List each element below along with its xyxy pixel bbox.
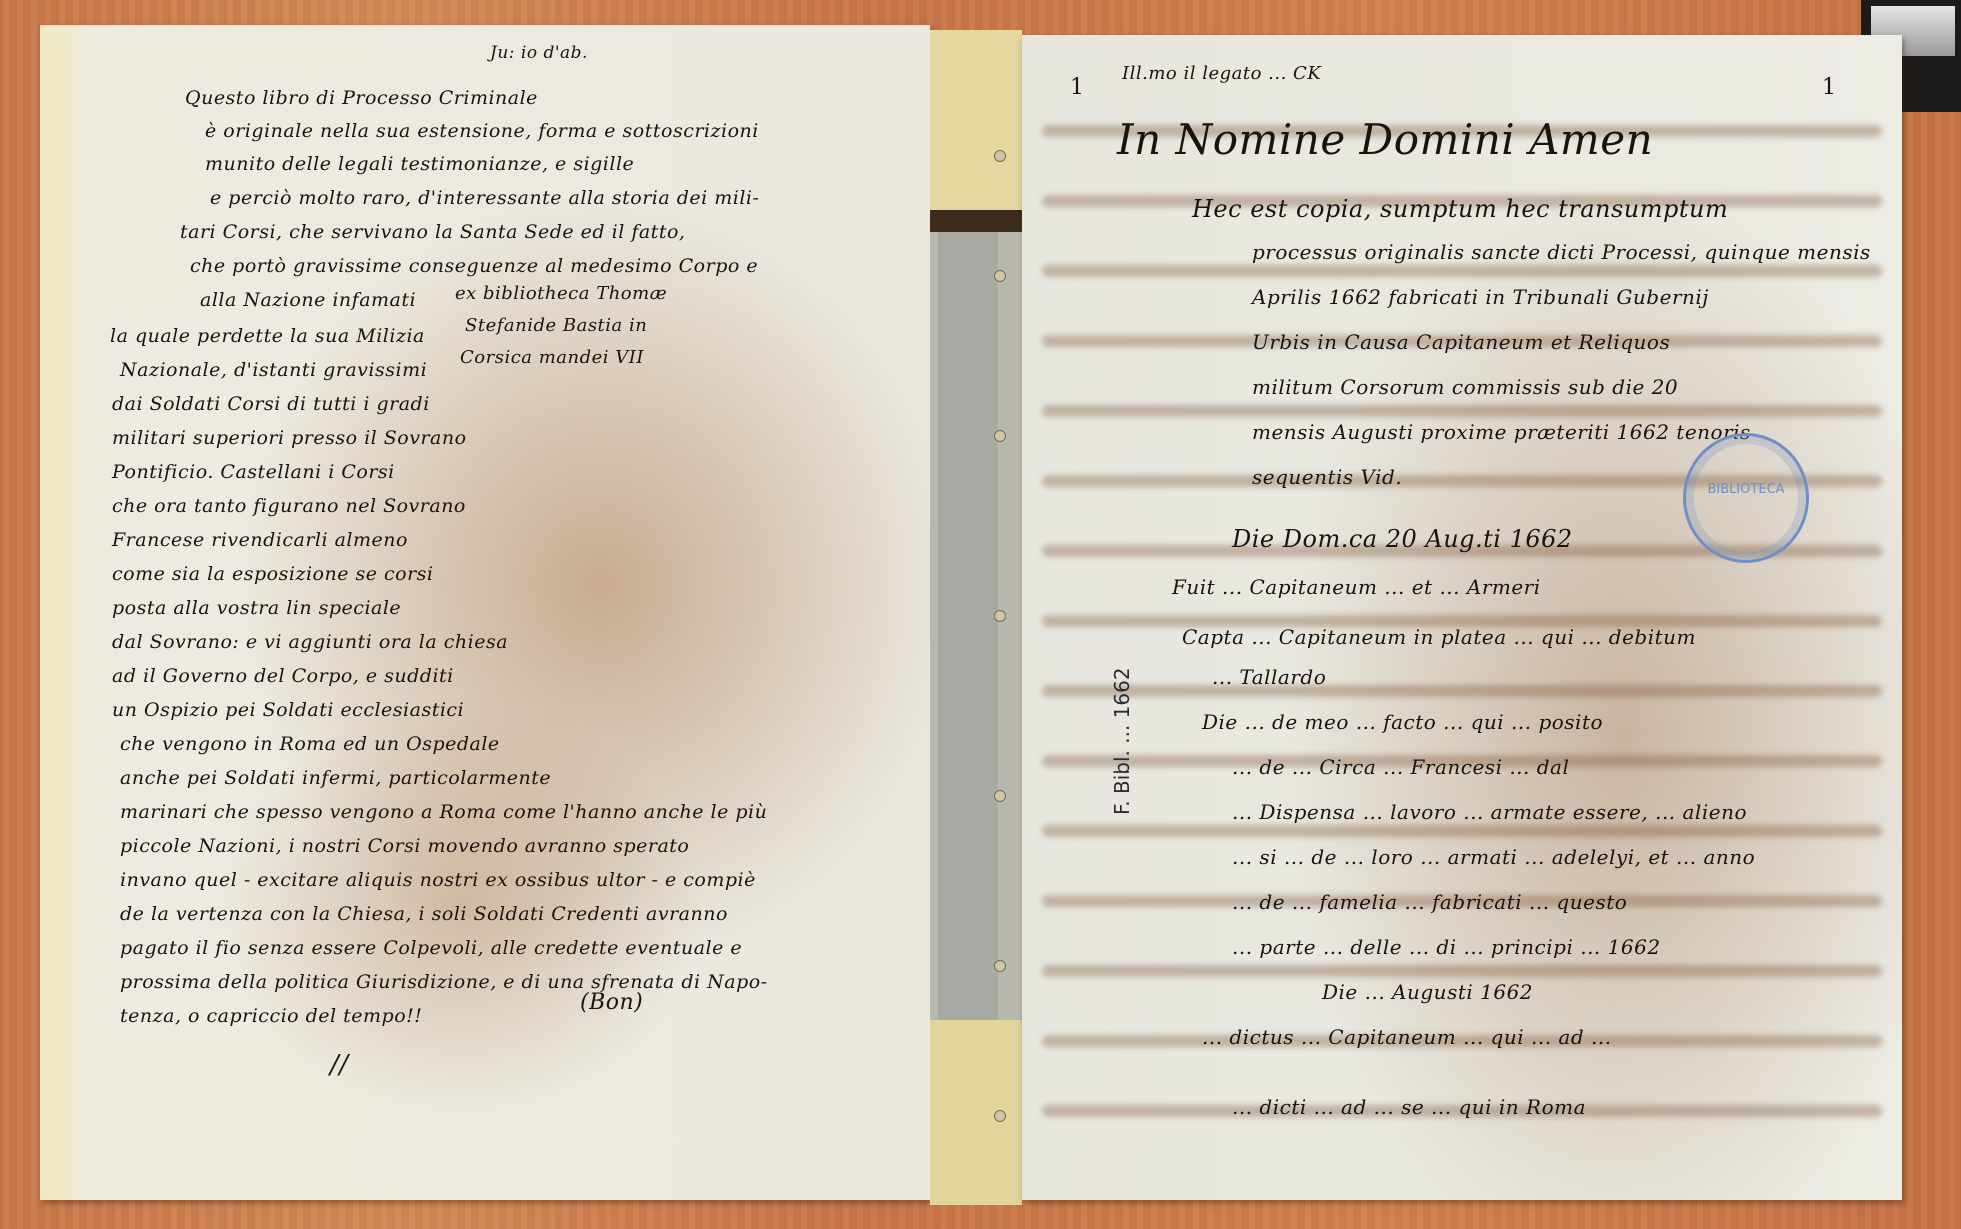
library-stamp: BIBLIOTECA — [1683, 433, 1809, 563]
folio-number: 1 — [1822, 75, 1836, 100]
end-mark: // — [330, 1050, 349, 1080]
header-note: Ill.mo il legato ... CK — [1122, 63, 1321, 84]
note-line: dal Sovrano: e vi aggiunti ora la chiesa — [112, 631, 508, 653]
stitch — [994, 790, 1006, 802]
stitch — [994, 150, 1006, 162]
folio-left-mark: 1 — [1070, 75, 1084, 100]
manuscript-title: In Nomine Domini Amen — [1117, 115, 1653, 164]
dated-line: ... dicti ... ad ... se ... qui in Roma — [1232, 1095, 1586, 1119]
right-page: Ill.mo il legato ... CK 1 1 In Nomine Do… — [1022, 35, 1902, 1200]
note-line: dai Soldati Corsi di tutti i gradi — [112, 393, 430, 415]
left-page: Ju: io d'ab. Questo libro di Processo Cr… — [40, 25, 930, 1200]
note-line: piccole Nazioni, i nostri Corsi movendo … — [120, 835, 689, 857]
note-line: anche pei Soldati infermi, particolarmen… — [120, 767, 551, 789]
note-line: alla Nazione infamati — [200, 289, 416, 311]
note-line: munito delle legali testimonianze, e sig… — [205, 153, 634, 175]
dated-line: Fuit ... Capitaneum ... et ... Armeri — [1172, 575, 1541, 599]
note-line: la quale perdette la sua Milizia — [110, 325, 425, 347]
stitch — [994, 610, 1006, 622]
dated-line: ... de ... Circa ... Francesi ... dal — [1232, 755, 1569, 779]
dated-line: Die ... Augusti 1662 — [1322, 980, 1533, 1004]
note-line: marinari che spesso vengono a Roma come … — [120, 801, 767, 823]
signature: (Bon) — [580, 990, 643, 1015]
note-line: è originale nella sua estensione, forma … — [205, 120, 759, 142]
dated-line: Die Dom.ca 20 Aug.ti 1662 — [1232, 525, 1573, 553]
note-line: Questo libro di Processo Criminale — [185, 87, 538, 109]
dated-line: ... parte ... delle ... di ... principi … — [1232, 935, 1661, 959]
note-line: de la vertenza con la Chiesa, i soli Sol… — [120, 903, 728, 925]
stitch — [994, 430, 1006, 442]
note-line: prossima della politica Giurisdizione, e… — [120, 971, 768, 993]
note-line: posta alla vostra lin speciale — [112, 597, 401, 619]
note-line: Nazionale, d'istanti gravissimi — [120, 359, 427, 381]
note-line: tenza, o capriccio del tempo!! — [120, 1005, 422, 1027]
binding-paper-top — [930, 30, 1022, 210]
text-line: mensis Augusti proxime præteriti 1662 te… — [1252, 420, 1751, 444]
stamp-text: BIBLIOTECA — [1686, 482, 1806, 497]
text-line: Hec est copia, sumptum hec transumptum — [1192, 195, 1728, 223]
text-line: Urbis in Causa Capitaneum et Reliquos — [1252, 330, 1670, 354]
stitch — [994, 1110, 1006, 1122]
spine-board — [938, 232, 998, 1022]
note-line: militari superiori presso il Sovrano — [112, 427, 467, 449]
text-line: militum Corsorum commissis sub die 20 — [1252, 375, 1678, 399]
stitch — [994, 270, 1006, 282]
side-note-line: Corsica mandei VII — [460, 347, 644, 368]
note-line: Francese rivendicarli almeno — [112, 529, 408, 551]
book-spine — [930, 30, 1022, 1205]
dated-line: ... dictus ... Capitaneum ... qui ... ad… — [1202, 1025, 1612, 1049]
dated-line: Die ... de meo ... facto ... qui ... pos… — [1202, 710, 1603, 734]
dated-line: Capta ... Capitaneum in platea ... qui .… — [1182, 625, 1696, 649]
side-note-line: ex bibliotheca Thomæ — [455, 283, 667, 304]
text-line: processus originalis sancte dicti Proces… — [1252, 240, 1871, 264]
side-note-line: Stefanide Bastia in — [465, 315, 647, 336]
dated-line: ... Tallardo — [1212, 665, 1326, 689]
note-line: che vengono in Roma ed un Ospedale — [120, 733, 500, 755]
note-line: pagato il fio senza essere Colpevoli, al… — [120, 937, 742, 959]
stitch — [994, 960, 1006, 972]
top-scribble: Ju: io d'ab. — [490, 43, 588, 63]
note-line: un Ospizio pei Soldati ecclesiastici — [112, 699, 464, 721]
dated-line: ... de ... famelia ... fabricati ... que… — [1232, 890, 1627, 914]
dated-line: ... si ... de ... loro ... armati ... ad… — [1232, 845, 1755, 869]
dated-line: ... Dispensa ... lavoro ... armate esser… — [1232, 800, 1747, 824]
shelf-label: F. Bibl. ... 1662 — [1110, 667, 1134, 815]
note-line: e perciò molto raro, d'interessante alla… — [210, 187, 759, 209]
note-line: invano quel - excitare aliquis nostri ex… — [120, 869, 756, 891]
note-line: che portò gravissime conseguenze al mede… — [190, 255, 758, 277]
note-line: come sia la esposizione se corsi — [112, 563, 434, 585]
note-line: Pontificio. Castellani i Corsi — [112, 461, 395, 483]
binding-paper-bottom — [930, 1020, 1022, 1205]
note-line: che ora tanto figurano nel Sovrano — [112, 495, 466, 517]
text-line: Aprilis 1662 fabricati in Tribunali Gube… — [1252, 285, 1709, 309]
text-line: sequentis Vid. — [1252, 465, 1402, 489]
note-line: tari Corsi, che servivano la Santa Sede … — [180, 221, 685, 243]
binding-band — [930, 210, 1022, 232]
note-line: ad il Governo del Corpo, e sudditi — [112, 665, 454, 687]
